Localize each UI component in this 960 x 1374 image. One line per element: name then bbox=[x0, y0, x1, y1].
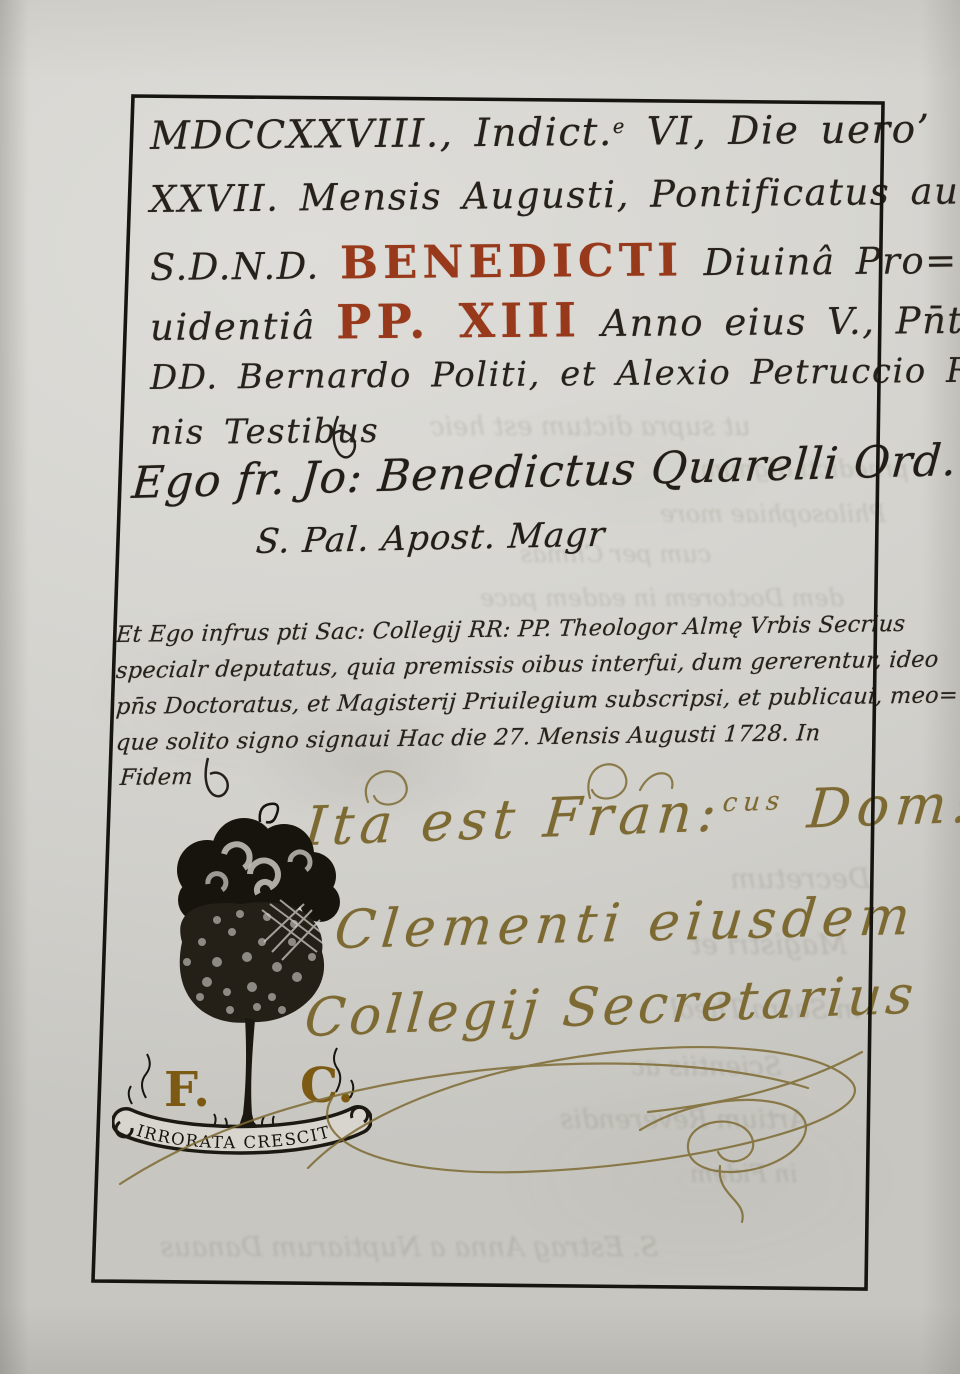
signature-line-3: Collegij Secretarius bbox=[302, 964, 919, 1049]
emblem-letter-c: C. bbox=[300, 1058, 354, 1114]
pope-name-red: BENEDICTI bbox=[340, 233, 684, 289]
motto-text: IRRORATA CRESCIT bbox=[134, 1121, 332, 1152]
attestation-line-2: S. Pal. Apost. Magr bbox=[254, 515, 607, 562]
heading-line-1: MDCCXXVIII., Indict.e VI, Die uero’ bbox=[150, 107, 931, 159]
ghost-text: in Fidem bbox=[690, 1160, 797, 1188]
secretary-note-line-1: Et Ego infrus pti Sac: Collegij RR: PP. … bbox=[115, 611, 906, 648]
tree-trunk bbox=[224, 1018, 270, 1134]
ribbon-end-flames bbox=[129, 1048, 354, 1104]
signature-superscript-cus-1: cus bbox=[722, 787, 787, 819]
heading-line-3-rest: Diuinâ Pro= bbox=[683, 239, 958, 284]
heading-line-4-prefix: uidentiâ bbox=[150, 304, 336, 349]
secretary-note-line-4: que solito signo signaui Hac die 27. Men… bbox=[115, 720, 821, 756]
signature-line-1-a: Ita est Fran: bbox=[302, 780, 725, 858]
ghost-text: dem Doctorem in eadem pace bbox=[480, 584, 844, 612]
secretary-note-line-5: Fidem bbox=[119, 764, 194, 791]
signature-line-1-b: Dom: bbox=[782, 771, 960, 841]
secretary-note-line-3: pn̄s Doctoratus, et Magisterij Priuilegi… bbox=[115, 682, 959, 720]
heading-line-3-prefix: S.D.N.D. bbox=[150, 244, 340, 289]
ghost-text: ut supra dictum est heic bbox=[430, 412, 750, 442]
secretary-note-line-2: specialr deputatus, quia premissis oibus… bbox=[115, 646, 939, 684]
heading-line-2: XXVII. Mensis Augusti, Pontificatus autè… bbox=[150, 169, 960, 221]
heading-line-4: uidentiâ PP. XIII Anno eius V., Pn̄tibus bbox=[150, 289, 960, 352]
motto-ribbon: IRRORATA CRESCIT bbox=[116, 1107, 367, 1152]
grass-tufts bbox=[212, 1114, 276, 1132]
canopy-hatching bbox=[262, 900, 328, 960]
ghost-text: Scientiis ac bbox=[630, 1052, 782, 1082]
heading-line-6: nis Testibus bbox=[150, 411, 380, 453]
signature-line-1: Ita est Fran:cus Dom:cus bbox=[302, 769, 960, 858]
superscript-e: e bbox=[613, 115, 626, 138]
heading-line-1-rest: VI, Die uero’ bbox=[626, 107, 931, 155]
ghost-text: Philosophiae more bbox=[660, 500, 886, 528]
heading-line-4-rest: Anno eius V., Pn̄tibus bbox=[581, 298, 960, 345]
heading-line-5: DD. Bernardo Politi, et Alexio Petruccio… bbox=[150, 350, 960, 398]
ghost-text: Artium Reverendis bbox=[560, 1105, 808, 1135]
heading-line-1-text: MDCCXXVIII., Indict. bbox=[150, 110, 613, 159]
emblem-letter-f: F. bbox=[164, 1062, 210, 1118]
heading-line-3: S.D.N.D. BENEDICTI Diuinâ Pro= bbox=[150, 231, 958, 291]
ghost-text: S. Estrag Anna a Nuptiarum Danaus bbox=[160, 1232, 658, 1263]
pope-number-red: PP. XIII bbox=[336, 293, 582, 350]
manuscript-page: ut supra dictum est heic praedicti dignu… bbox=[0, 0, 960, 1374]
